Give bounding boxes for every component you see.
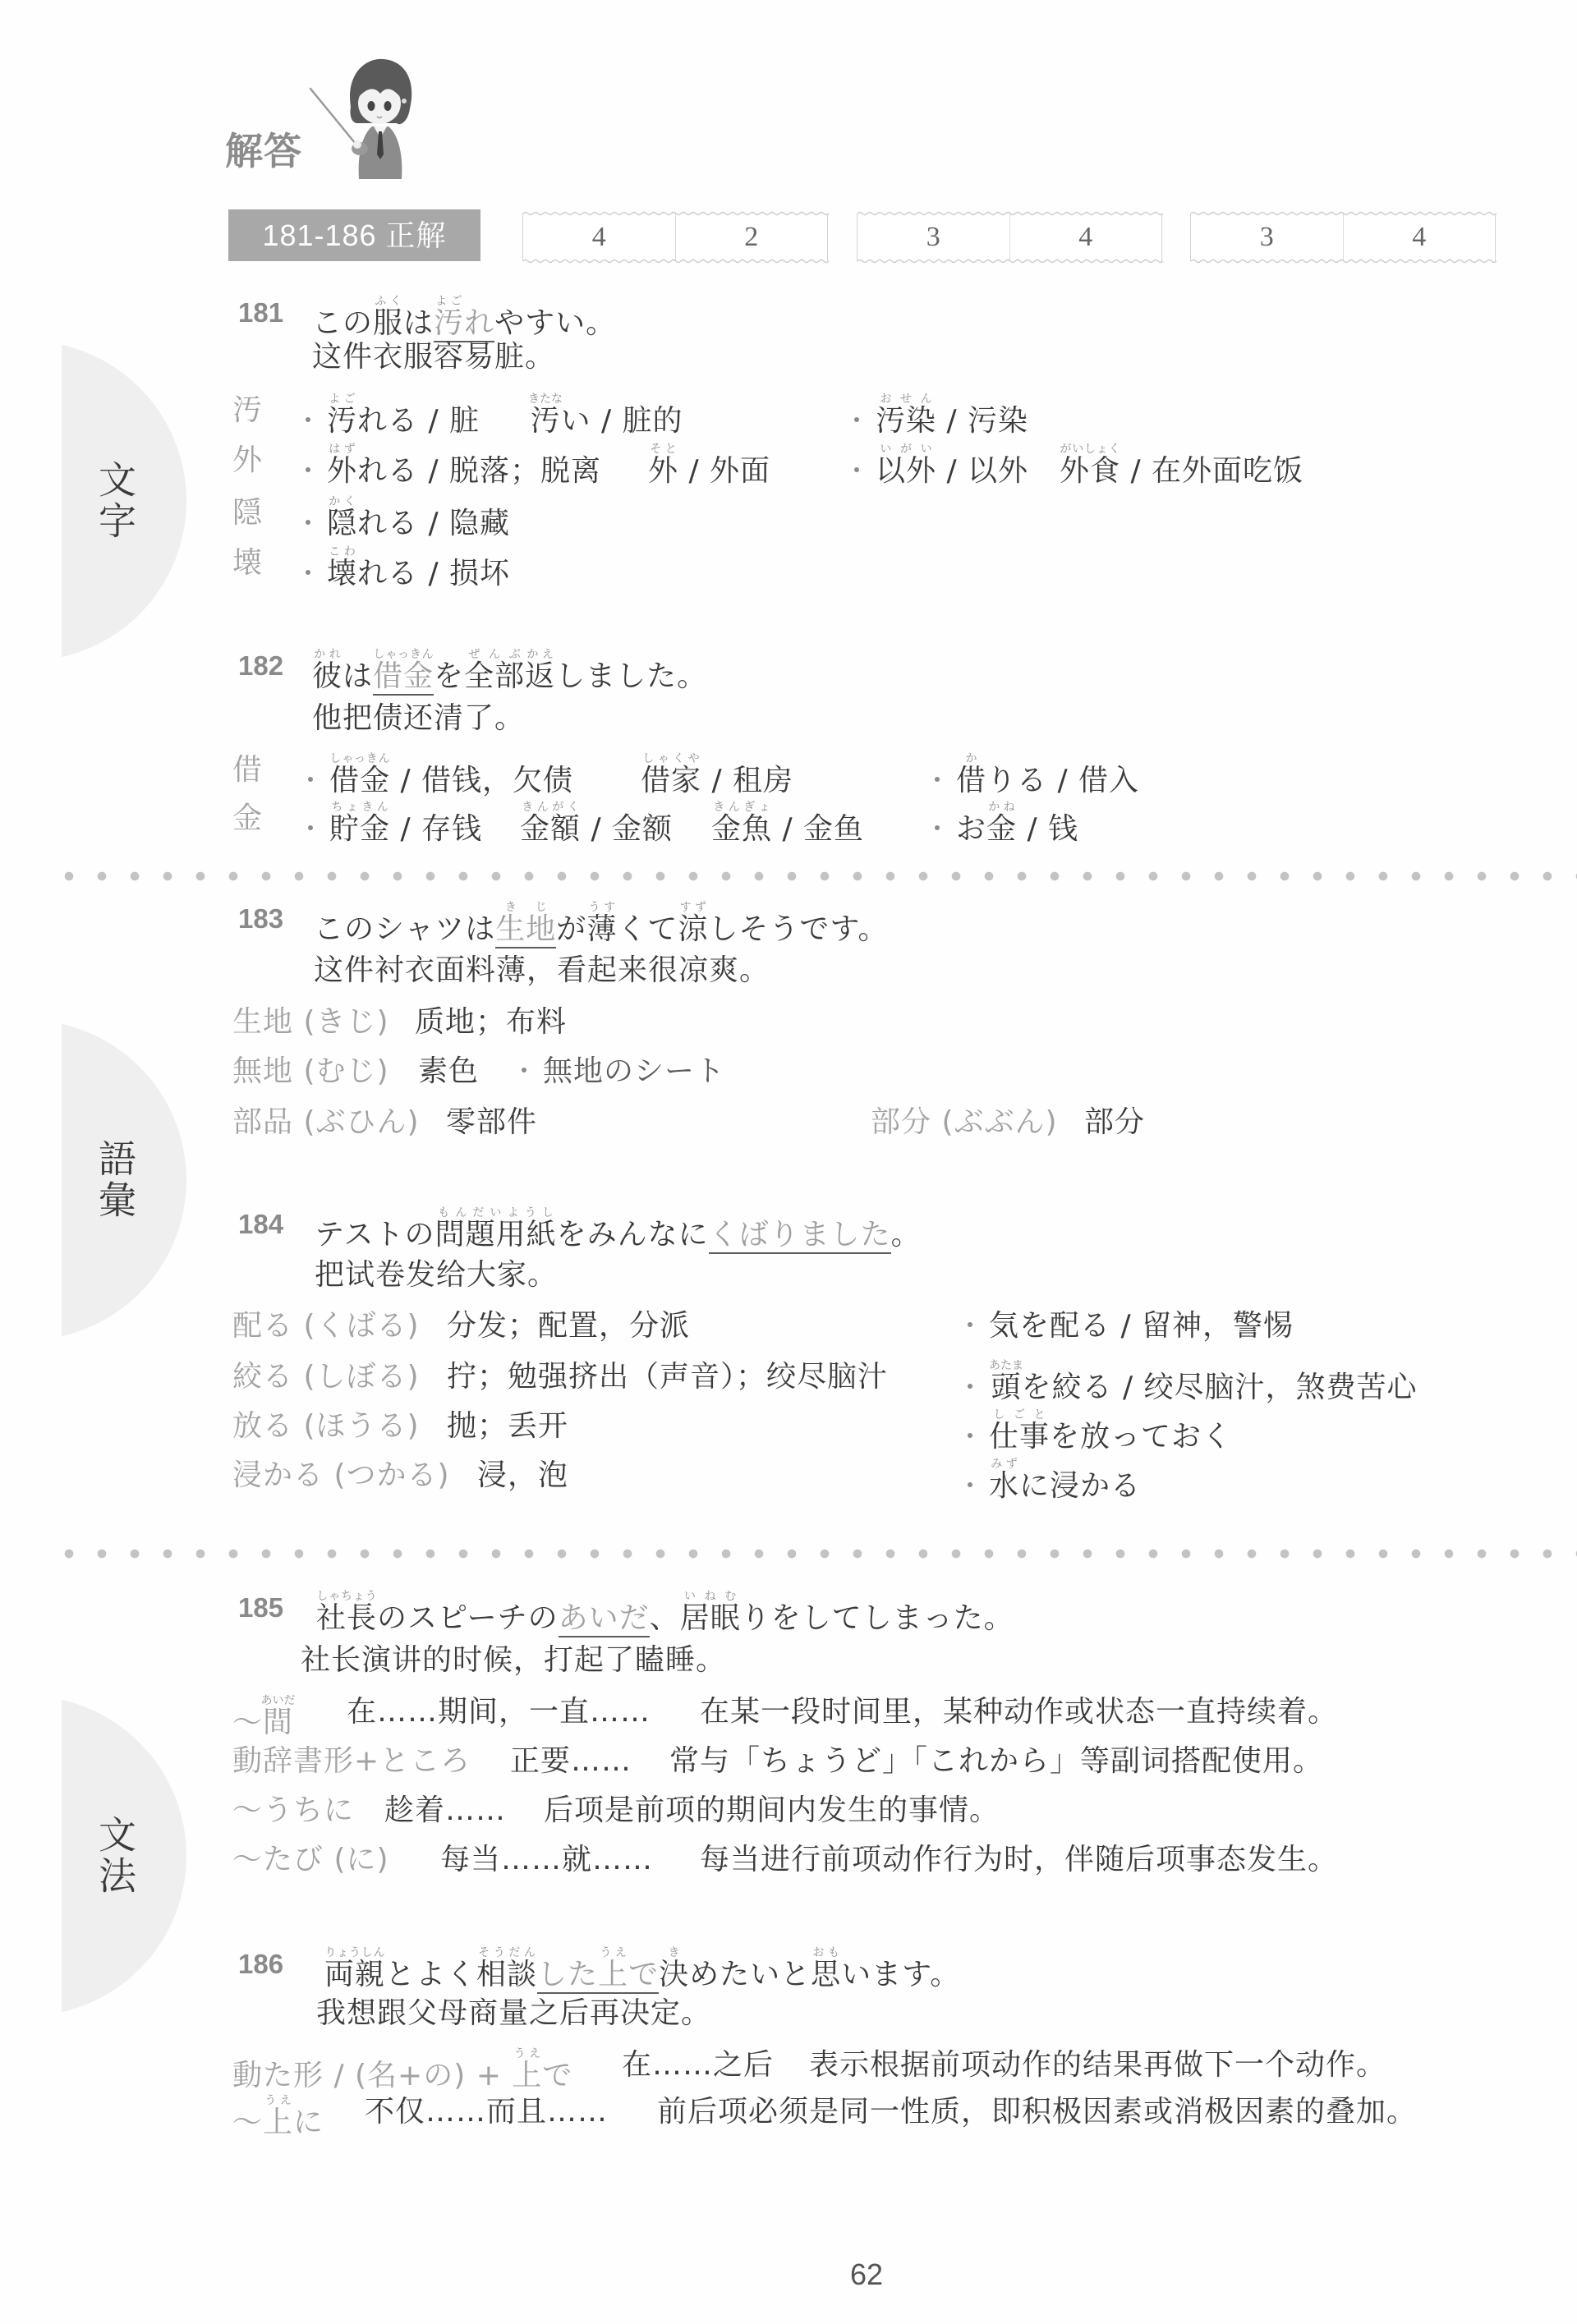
vocab-item-text: 外そと / 外面 xyxy=(648,443,770,479)
section-divider xyxy=(53,871,1577,881)
vocab-item: 壊こわれる / 损坏 xyxy=(306,545,510,581)
vocab-item: 汚染おせん / 污染 xyxy=(854,393,1028,429)
wavy-border-bottom xyxy=(523,258,827,264)
grammar-explanation: 表示根据前项动作的结果再做下一个动作。 xyxy=(809,2047,1386,2083)
section-tab-label: 文法 xyxy=(88,1815,142,1897)
furigana: いがい xyxy=(876,443,936,456)
sentence-translation: 这件衣服容易脏。 xyxy=(312,339,555,375)
bullet-icon xyxy=(306,467,310,472)
vocab-item-text: 借金しゃっきん / 借钱，欠债 xyxy=(329,764,573,797)
furigana: き xyxy=(659,1946,689,1959)
example-item: 無地のシート xyxy=(522,1054,725,1090)
ruby-word: 仕事しごと xyxy=(989,1420,1050,1454)
furigana: すず xyxy=(678,901,708,914)
underlined-answer: くばりました xyxy=(709,1218,891,1254)
vocab-term: 放る (ほうる) xyxy=(232,1408,420,1444)
furigana: うす xyxy=(586,901,617,914)
vocab-item: 借金しゃっきん / 借钱，欠债 xyxy=(308,752,573,788)
wavy-border-bottom xyxy=(857,258,1161,264)
ruby-word: 借か xyxy=(956,764,986,797)
example-text: 仕事しごとを放っておく xyxy=(989,1420,1232,1454)
furigana: おも xyxy=(811,1946,841,1959)
vocab-term: 生地 (きじ) xyxy=(232,1004,389,1040)
ruby-word: 汚きたな xyxy=(528,404,561,438)
ruby-word: 汚染おせん xyxy=(876,404,936,438)
ruby-word: 相談そうだん xyxy=(476,1958,537,1991)
grammar-meaning: 趁着…… xyxy=(384,1793,506,1829)
example-text: 水みずに浸かる xyxy=(989,1469,1141,1503)
ruby-word: 上うえ xyxy=(512,2059,542,2092)
teacher-girl-illustration-icon xyxy=(308,56,423,181)
ruby-word: 借金しゃっきん xyxy=(373,659,434,693)
ruby-word: 汚よご xyxy=(327,404,357,438)
ruby-word: 間あいだ xyxy=(263,1706,296,1739)
section-divider xyxy=(53,1549,1577,1559)
vocab-term: 絞る (しぼる) xyxy=(232,1359,420,1395)
sentence-translation: 把试卷发给大家。 xyxy=(315,1257,558,1293)
kanji-label: 壊 xyxy=(232,545,263,581)
grammar-explanation: 后项是前项的期间内发生的事情。 xyxy=(544,1793,1000,1829)
bullet-icon xyxy=(306,417,310,422)
ruby-word: 居眠いねむ xyxy=(680,1601,741,1635)
ruby-word: 服ふく xyxy=(373,306,403,340)
question-number: 182 xyxy=(238,648,283,684)
bullet-icon xyxy=(522,1068,526,1072)
section-tab-label: 文字 xyxy=(88,460,142,542)
vocab-item-text: 以外いがい / 以外 xyxy=(876,454,1028,488)
vocab-item-text: 壊こわれる / 损坏 xyxy=(327,557,510,590)
furigana: あたま xyxy=(989,1359,1023,1372)
question-sentence: テストの問題用紙もんだいようしをみんなにくばりました。 xyxy=(315,1206,922,1242)
vocab-item: 外はずれる / 脱落；脱离 xyxy=(306,443,601,479)
ruby-word: 汚よご xyxy=(434,306,464,340)
bullet-icon xyxy=(306,520,310,525)
ruby-word: 金かね xyxy=(986,812,1017,846)
vocab-meaning: 分发；配置，分派 xyxy=(447,1308,690,1344)
furigana: ふく xyxy=(373,295,403,308)
vocab-item-text: 汚染おせん / 污染 xyxy=(876,404,1028,438)
question-sentence: 彼かれは借金しゃっきんを全部ぜんぶ返かえしました。 xyxy=(312,648,707,684)
vocab-item: 隠かくれる / 隐藏 xyxy=(306,495,510,531)
answer-182: 2 xyxy=(675,214,828,261)
example-item: 頭あたまを絞る / 绞尽脑汁，煞费苦心 xyxy=(968,1359,1418,1395)
underlined-answer: 借金しゃっきん xyxy=(373,659,434,696)
answer-box-pair-3: 3 4 xyxy=(1190,214,1496,261)
kanji-label: 借 xyxy=(232,752,263,788)
furigana: うえ xyxy=(598,1946,628,1959)
ruby-word: 以外いがい xyxy=(876,454,936,488)
ruby-word: 彼かれ xyxy=(312,659,343,693)
bullet-icon xyxy=(308,825,313,830)
ruby-word: 上うえ xyxy=(598,1958,628,1991)
answer-186: 4 xyxy=(1343,214,1496,261)
furigana: よご xyxy=(434,295,464,308)
question-sentence: このシャツは生地きじが薄うすくて涼すずしそうです。 xyxy=(314,901,888,937)
grammar-meaning: 不仅……而且…… xyxy=(365,2094,608,2130)
vocab-item: お金かね / 钱 xyxy=(935,801,1078,837)
answer-181: 4 xyxy=(523,214,675,261)
wavy-border-top xyxy=(857,210,1161,217)
vocab-item: 借かりる / 借入 xyxy=(935,752,1139,788)
wavy-border-bottom xyxy=(1191,258,1495,264)
furigana: しゃっきん xyxy=(329,752,390,765)
furigana: うえ xyxy=(263,2094,293,2107)
underlined-answer: 汚よごれ xyxy=(434,306,494,342)
ruby-word: 金魚きんぎょ xyxy=(711,812,772,846)
vocab-meaning: 零部件 xyxy=(446,1105,537,1141)
bullet-icon xyxy=(968,1433,972,1438)
ruby-word: 頭あたま xyxy=(989,1371,1022,1404)
vocab-item-text: 隠かくれる / 隐藏 xyxy=(327,507,510,540)
section-tab-bunpou: 文法 xyxy=(62,1700,186,2012)
grammar-meaning: 在……之后 xyxy=(622,2047,774,2083)
bullet-icon xyxy=(854,417,859,422)
kanji-label: 隠 xyxy=(232,495,263,531)
furigana: きたな xyxy=(528,393,563,406)
answer-range-label: 181-186 正解 xyxy=(228,209,480,261)
vocab-item-text: お金かね / 钱 xyxy=(956,812,1078,846)
wavy-border-top xyxy=(1191,210,1495,217)
vocab-item-text: 汚よごれる / 脏 xyxy=(327,404,480,438)
vocab-item-text: 外はずれる / 脱落；脱离 xyxy=(327,454,601,488)
example-item: 気を配る / 留神，警惕 xyxy=(968,1308,1294,1344)
answer-185: 3 xyxy=(1191,214,1343,261)
underlined-answer: 生地きじ xyxy=(495,912,556,948)
vocab-term: 配る (くばる) xyxy=(232,1308,420,1344)
ruby-word: 貯金ちょきん xyxy=(329,812,390,846)
grammar-term: 動た形 / (名+の) + 上うえで xyxy=(232,2047,572,2083)
furigana: しゃちょう xyxy=(316,1590,377,1603)
kanji-label: 外 xyxy=(232,443,263,479)
ruby-word: 上うえ xyxy=(263,2106,293,2139)
furigana: こわ xyxy=(327,545,357,558)
question-number: 183 xyxy=(238,901,283,937)
grammar-explanation: 常与「ちょうど」「これから」等副词搭配使用。 xyxy=(669,1743,1323,1780)
furigana: しゃっきん xyxy=(373,648,434,661)
ruby-word: 社長しゃちょう xyxy=(316,1601,377,1635)
vocab-term: 無地 (むじ) xyxy=(232,1054,389,1090)
ruby-word: 涼すず xyxy=(678,912,708,946)
ruby-word: 外食がいしょく xyxy=(1060,454,1120,488)
ruby-word: 壊こわ xyxy=(327,557,357,590)
grammar-term: 〜間あいだ xyxy=(232,1694,296,1730)
bullet-icon xyxy=(968,1322,972,1327)
grammar-meaning: 每当……就…… xyxy=(440,1842,653,1878)
textbook-page: 解答 181-186 正解 4 2 3 4 3 4 文字 xyxy=(0,0,1577,2324)
furigana: おせん xyxy=(876,393,936,406)
ruby-word: 水みず xyxy=(989,1469,1019,1503)
section-tab-label: 語彙 xyxy=(88,1139,142,1221)
wavy-border-top xyxy=(523,210,827,217)
vocab-item-text: 外食がいしょく / 在外面吃饭 xyxy=(1060,443,1303,479)
grammar-meaning: 正要…… xyxy=(510,1743,632,1780)
vocab-item-text: 金額きんがく / 金额 xyxy=(520,801,673,837)
question-number: 181 xyxy=(238,295,283,331)
section-tab-goi: 語彙 xyxy=(62,1024,186,1336)
grammar-term: 〜たび (に) xyxy=(232,1842,389,1878)
answer-184: 4 xyxy=(1009,214,1162,261)
vocab-term: 部品 (ぶひん) xyxy=(232,1105,420,1141)
answer-183: 3 xyxy=(857,214,1009,261)
grammar-explanation: 前后项必须是同一性质，即积极因素或消极因素的叠加。 xyxy=(657,2094,1417,2130)
vocab-item-text: 金魚きんぎょ / 金鱼 xyxy=(711,801,864,837)
furigana: うえ xyxy=(512,2047,542,2060)
ruby-word: 外はず xyxy=(327,454,357,488)
bullet-icon xyxy=(935,777,940,782)
furigana: ちょきん xyxy=(329,801,390,814)
section-tab-moji: 文字 xyxy=(62,345,186,657)
furigana: かね xyxy=(986,801,1017,814)
vocab-item-text: 貯金ちょきん / 存钱 xyxy=(329,812,482,846)
grammar-explanation: 每当进行前项动作行为时，伴随后项事态发生。 xyxy=(700,1842,1338,1878)
ruby-word: 隠かく xyxy=(327,507,357,540)
vocab-meaning: 拧；勉强挤出（声音）；绞尽脑汁 xyxy=(447,1359,888,1395)
sentence-translation: 他把债还清了。 xyxy=(312,700,525,737)
answer-box-pair-2: 3 4 xyxy=(857,214,1162,261)
example-text: 無地のシート xyxy=(543,1054,725,1088)
ruby-word: 薄うす xyxy=(586,912,617,946)
furigana: きんぎょ xyxy=(711,801,772,814)
question-sentence: 両親りょうしんとよく相談そうだんした上うえで決きめたいと思おもいます。 xyxy=(324,1946,960,1982)
ruby-word: 借金しゃっきん xyxy=(329,764,390,797)
ruby-word: 金額きんがく xyxy=(520,812,581,846)
question-number: 186 xyxy=(238,1946,283,1982)
question-sentence: この服ふくは汚よごれやすい。 xyxy=(312,295,616,331)
furigana: きじ xyxy=(495,901,556,914)
furigana: はず xyxy=(327,443,357,456)
furigana: いねむ xyxy=(680,1590,741,1603)
furigana: そうだん xyxy=(476,1946,537,1959)
furigana: しごと xyxy=(989,1408,1050,1421)
example-item: 水みずに浸かる xyxy=(968,1458,1141,1494)
vocab-item-text: 汚きたない / 脏的 xyxy=(528,393,683,429)
furigana: ぜんぶ xyxy=(464,648,525,661)
ruby-word: 返かえ xyxy=(525,659,555,693)
grammar-explanation: 在某一段时间里，某种动作或状态一直持续着。 xyxy=(700,1694,1338,1730)
ruby-word: 生地きじ xyxy=(495,912,556,946)
answer-box-pair-1: 4 2 xyxy=(522,214,828,261)
vocab-meaning: 抛；丢开 xyxy=(447,1408,568,1444)
example-item: 仕事しごとを放っておく xyxy=(968,1408,1232,1444)
furigana: りょうしん xyxy=(324,1946,385,1959)
sentence-translation: 这件衬衣面料薄，看起来很凉爽。 xyxy=(314,953,770,989)
furigana: か xyxy=(956,752,986,765)
underlined-answer: した上うえで xyxy=(537,1958,659,1994)
bullet-icon xyxy=(306,570,310,575)
ruby-word: 借家しゃくや xyxy=(641,764,701,797)
vocab-item: 以外いがい / 以外 xyxy=(854,443,1028,479)
bullet-icon xyxy=(308,777,313,782)
question-number: 185 xyxy=(238,1590,283,1626)
grammar-meaning: 在……期间，一直…… xyxy=(347,1694,651,1730)
vocab-term: 部分 (ぶぶん) xyxy=(871,1105,1058,1141)
ruby-word: 問題用紙もんだいようし xyxy=(435,1218,557,1252)
furigana: みず xyxy=(989,1458,1019,1471)
ruby-word: 全部ぜんぶ xyxy=(464,659,525,693)
sentence-translation: 我想跟父母商量之后再决定。 xyxy=(316,1996,711,2032)
sentence-translation: 社长演讲的时候，打起了瞌睡。 xyxy=(301,1642,726,1679)
furigana: かえ xyxy=(525,648,555,661)
vocab-meaning: 质地；布料 xyxy=(415,1004,567,1040)
ruby-word: 思おも xyxy=(811,1958,841,1991)
furigana: がいしょく xyxy=(1060,443,1120,456)
bullet-icon xyxy=(935,825,940,830)
kanji-label: 金 xyxy=(232,801,263,837)
furigana: しゃくや xyxy=(641,752,701,765)
vocab-item-text: 借家しゃくや / 租房 xyxy=(641,752,793,788)
ruby-word: 決き xyxy=(659,1958,689,1991)
answer-heading: 解答 xyxy=(225,130,302,172)
bullet-icon xyxy=(968,1384,972,1389)
question-number: 184 xyxy=(238,1206,283,1242)
vocab-meaning: 浸，泡 xyxy=(477,1458,568,1494)
furigana: きんがく xyxy=(520,801,581,814)
grammar-term: 〜上うえに xyxy=(232,2094,324,2130)
grammar-term: 〜うちに xyxy=(232,1793,354,1829)
question-sentence: 社長しゃちょうのスピーチのあいだ、居眠いねむりをしてしまった。 xyxy=(316,1590,1014,1626)
furigana: そと xyxy=(648,443,678,456)
bullet-icon xyxy=(968,1482,972,1487)
furigana: かく xyxy=(327,495,357,508)
ruby-word: 外そと xyxy=(648,454,678,488)
underlined-answer: あいだ xyxy=(559,1601,650,1637)
ruby-word: 両親りょうしん xyxy=(324,1958,385,1991)
vocab-meaning: 部分 xyxy=(1084,1105,1145,1141)
page-number: 62 xyxy=(842,2257,891,2293)
example-text: 気を配る / 留神，警惕 xyxy=(989,1309,1294,1343)
bullet-icon xyxy=(854,467,859,472)
furigana: あいだ xyxy=(261,1694,296,1707)
kanji-label: 汚 xyxy=(232,393,263,429)
vocab-term: 浸かる (つかる) xyxy=(232,1458,450,1494)
vocab-item: 貯金ちょきん / 存钱 xyxy=(308,801,482,837)
vocab-meaning: 素色 xyxy=(418,1054,479,1090)
grammar-term: 動辞書形+ところ xyxy=(232,1743,471,1780)
furigana: もんだいようし xyxy=(435,1206,557,1219)
vocab-item: 汚よごれる / 脏 xyxy=(306,393,480,429)
furigana: よご xyxy=(327,393,357,406)
furigana: かれ xyxy=(312,648,343,661)
example-text: 頭あたまを絞る / 绞尽脑汁，煞费苦心 xyxy=(989,1371,1418,1404)
vocab-item-text: 借かりる / 借入 xyxy=(956,764,1139,797)
